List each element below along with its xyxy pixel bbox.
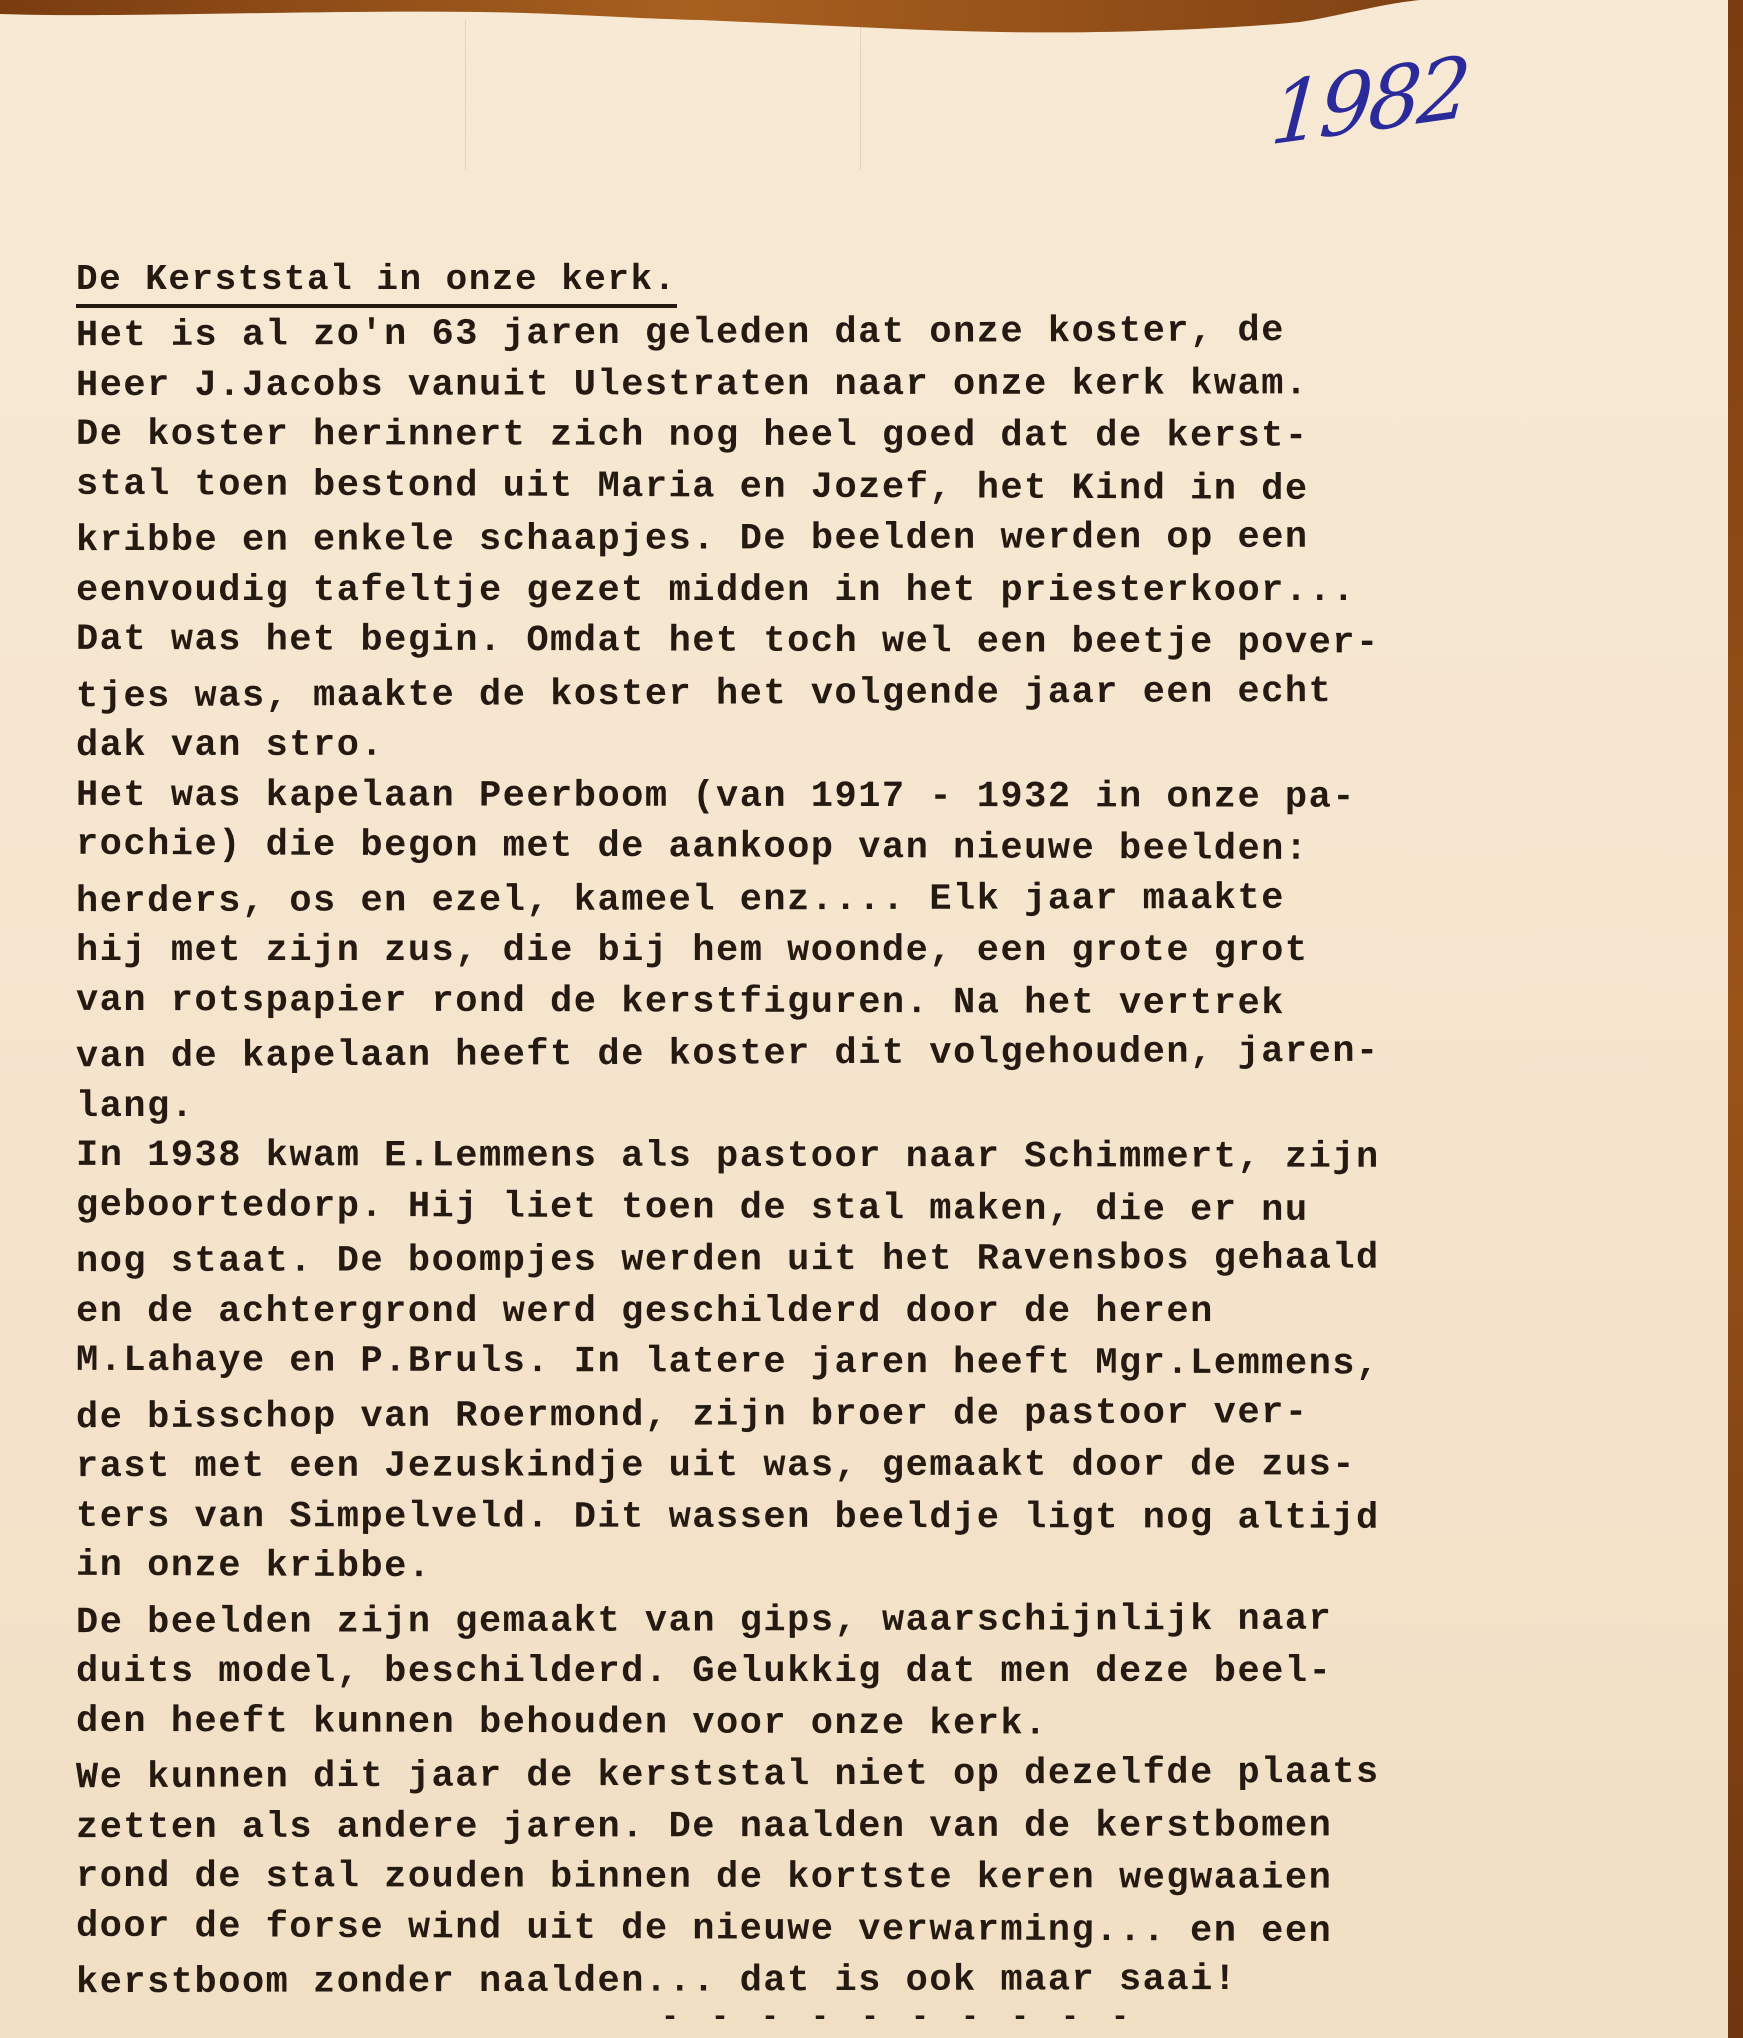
text-line: dak van stro. xyxy=(76,719,1636,773)
text-line: rond de stal zouden binnen de kortste ke… xyxy=(76,1852,1636,1906)
typed-document: De Kerststal in onze kerk. Het is al zo'… xyxy=(76,258,1636,2028)
text-line: Het is al zo'n 63 jaren geleden dat onze… xyxy=(76,305,1636,363)
text-line: In 1938 kwam E.Lemmens als pastoor naar … xyxy=(76,1131,1636,1185)
text-line: in onze kribbe. xyxy=(76,1541,1636,1599)
text-line: herders, os en ezel, kameel enz.... Elk … xyxy=(76,872,1636,928)
text-line: De koster herinnert zich nog heel goed d… xyxy=(76,410,1636,464)
handwritten-year: 1982 xyxy=(1267,37,1470,164)
text-line: van rotspapier rond de kerstfiguren. Na … xyxy=(76,975,1636,1031)
text-line: lang. xyxy=(76,1079,1636,1133)
wood-background-right xyxy=(1727,0,1743,2038)
text-line: eenvoudig tafeltje gezet midden in het p… xyxy=(76,566,1636,618)
end-marker: - - - - - - - - - - xyxy=(661,2008,1636,2028)
text-line: Heer J.Jacobs vanuit Ulestraten naar onz… xyxy=(76,358,1636,412)
text-line: We kunnen dit jaar de kerststal niet op … xyxy=(76,1747,1636,1805)
text-line: Dat was het begin. Omdat het toch wel ee… xyxy=(76,615,1636,671)
text-line: tjes was, maakte de koster het volgende … xyxy=(76,665,1636,723)
paper-sheet: 1982 De Kerststal in onze kerk. Het is a… xyxy=(0,0,1728,2038)
text-line: Het was kapelaan Peerboom (van 1917 - 19… xyxy=(76,770,1636,824)
text-line: De beelden zijn gemaakt van gips, waarsc… xyxy=(76,1593,1636,1649)
text-line: rochie) die begon met de aankoop van nie… xyxy=(76,820,1636,878)
text-line: zetten als andere jaren. De naalden van … xyxy=(76,1800,1636,1854)
text-line: hij met zijn zus, die bij hem woonde, ee… xyxy=(76,926,1636,978)
text-line: van de kapelaan heeft de koster dit volg… xyxy=(76,1026,1636,1084)
text-line: nog staat. De boompjes werden uit het Ra… xyxy=(76,1233,1636,1289)
text-line: ters van Simpelveld. Dit wassen beeldje … xyxy=(76,1491,1636,1545)
text-line: kerstboom zonder naalden... dat is ook m… xyxy=(76,1954,1636,2010)
paper-fold-mark xyxy=(860,20,861,170)
paper-fold-mark xyxy=(465,20,466,170)
text-line: de bisschop van Roermond, zijn broer de … xyxy=(76,1386,1636,1444)
text-line: door de forse wind uit de nieuwe verwarm… xyxy=(76,1901,1636,1959)
document-title: De Kerststal in onze kerk. xyxy=(76,258,677,308)
document-body: Het is al zo'n 63 jaren geleden dat onze… xyxy=(76,308,1636,2008)
text-line: den heeft kunnen behouden voor onze kerk… xyxy=(76,1696,1636,1752)
text-line: stal toen bestond uit Maria en Jozef, he… xyxy=(76,459,1636,517)
text-line: kribbe en enkele schaapjes. De beelden w… xyxy=(76,512,1636,568)
text-line: rast met een Jezuskindje uit was, gemaak… xyxy=(76,1440,1636,1494)
text-line: M.Lahaye en P.Bruls. In latere jaren hee… xyxy=(76,1336,1636,1392)
text-line: duits model, beschilderd. Gelukkig dat m… xyxy=(76,1647,1636,1699)
text-line: en de achtergrond werd geschilderd door … xyxy=(76,1287,1636,1339)
text-line: geboortedorp. Hij liet toen de stal make… xyxy=(76,1180,1636,1238)
